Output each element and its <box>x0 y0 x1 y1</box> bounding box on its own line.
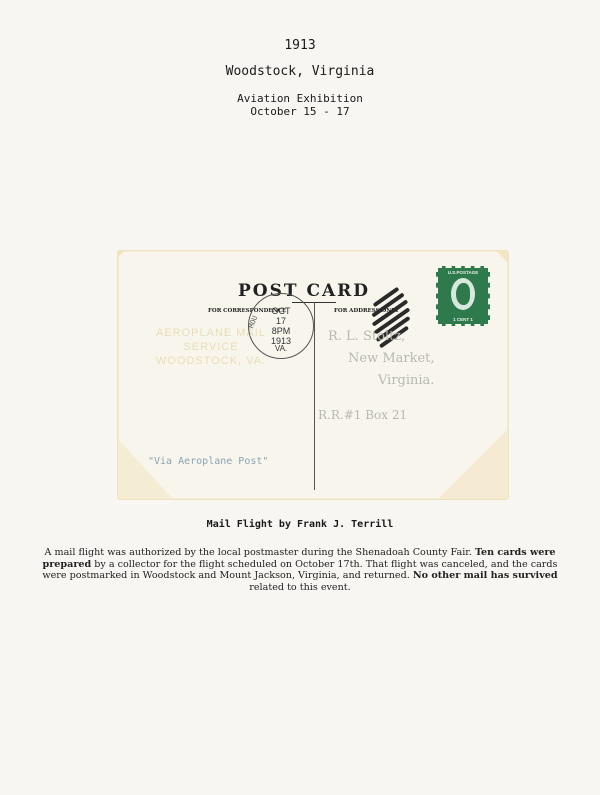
event-dates: October 15 - 17 <box>0 105 600 118</box>
stamp-denomination: 1 CENT 1 <box>438 317 488 322</box>
event-title: Aviation Exhibition October 15 - 17 <box>0 92 600 118</box>
event-name: Aviation Exhibition <box>0 92 600 105</box>
caption-emphasis: No other mail has survived <box>413 570 558 581</box>
caption-title: Mail Flight by Frank J. Terrill <box>0 519 600 530</box>
address-line: R. L. Stoltz, <box>318 326 503 348</box>
postmark-day: 17 <box>249 316 313 326</box>
photo-corner <box>496 251 508 263</box>
page-year: 1913 <box>0 38 600 53</box>
stamp-header: U.S.POSTAGE <box>438 270 488 275</box>
page-location: Woodstock, Virginia <box>0 64 600 79</box>
address-line: New Market, <box>318 348 503 370</box>
address-line: Virginia. <box>318 370 503 392</box>
postmark-time: 8PM <box>249 326 313 336</box>
postmark-month: OCT <box>249 306 313 316</box>
photo-corner <box>438 429 508 499</box>
postmark-state: VA. <box>249 344 313 353</box>
endorsement-text: "Via Aeroplane Post" <box>148 456 268 467</box>
postmark-icon: MOU OCT 17 8PM 1913 VA. <box>248 293 314 359</box>
recipient-address: R. L. Stoltz, New Market, Virginia. R.R.… <box>318 326 503 426</box>
postcard-title: POST CARD <box>238 281 370 301</box>
address-line: R.R.#1 Box 21 <box>318 404 503 426</box>
washington-portrait-icon <box>451 278 475 310</box>
photo-corner <box>118 251 124 257</box>
caption-text: related to this event. <box>249 582 350 593</box>
postmark-date: OCT 17 8PM 1913 <box>249 306 313 346</box>
photo-corner <box>118 439 173 499</box>
postage-stamp: U.S.POSTAGE 1 CENT 1 <box>436 266 490 326</box>
postcard-divider <box>314 302 315 490</box>
caption-body: A mail flight was authorized by the loca… <box>40 547 560 593</box>
caption-text: A mail flight was authorized by the loca… <box>45 547 475 558</box>
postcard-image: POST CARD FOR CORRESPONDENCE FOR ADDRESS… <box>117 250 509 500</box>
